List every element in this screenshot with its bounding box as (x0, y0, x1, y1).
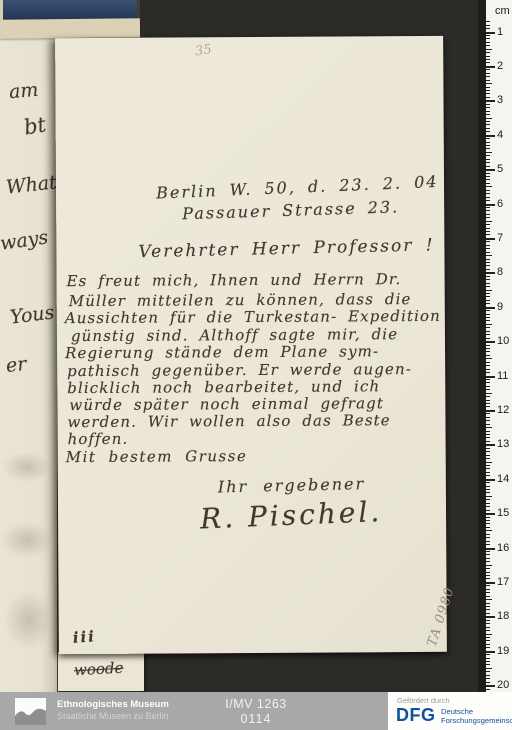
ruler-major-tick (486, 685, 495, 687)
ruler-minor-tick (486, 252, 490, 253)
ruler-minor-tick (486, 73, 490, 74)
ruler-minor-tick (486, 362, 490, 363)
ruler-minor-tick (486, 609, 490, 610)
ruler-minor-tick (486, 38, 490, 39)
ruler-minor-tick (486, 69, 490, 70)
ruler-minor-tick (486, 351, 490, 352)
ruler-major-tick (486, 582, 495, 584)
museum-logo-icon (15, 698, 46, 725)
ruler-minor-tick (486, 25, 490, 26)
ruler-minor-tick (486, 572, 490, 573)
ruler-minor-tick (486, 262, 490, 263)
letter-body-line: Regierung stände dem Plane sym- (65, 342, 379, 362)
ruler-minor-tick (486, 369, 490, 370)
ruler-major-tick (486, 548, 495, 550)
ruler-major-tick (486, 410, 495, 412)
ruler-number: 10 (497, 335, 509, 347)
ruler-number: 3 (497, 94, 503, 106)
ruler-minor-tick (486, 314, 490, 315)
ruler-minor-tick (486, 310, 490, 311)
ruler-minor-tick (486, 80, 490, 81)
ruler-minor-tick (486, 455, 490, 456)
ruler-minor-tick (486, 224, 490, 225)
ruler-minor-tick (486, 210, 490, 211)
ruler-minor-tick (486, 303, 490, 304)
ruler-minor-tick (486, 596, 490, 597)
ruler-minor-tick (486, 28, 490, 29)
ruler-minor-tick (486, 417, 490, 418)
ruler: cm 1234567891011121314151617181920 (486, 0, 512, 692)
ruler-minor-tick (486, 575, 490, 576)
ruler-minor-tick (486, 658, 490, 659)
letter-body-line: Aussichten für die Turkestan- Expedition (65, 307, 441, 327)
museum-logo (15, 698, 46, 725)
bleedthrough-marks (0, 522, 54, 558)
letter-closing: Mit bestem Grusse (66, 447, 248, 466)
ruler-minor-tick (486, 114, 490, 115)
ruler-minor-tick (486, 386, 490, 387)
ruler-minor-tick (486, 317, 490, 318)
ruler-minor-tick (486, 200, 490, 201)
ruler-minor-tick (486, 420, 490, 421)
ruler-major-tick (486, 616, 495, 618)
ruler-minor-tick (486, 338, 490, 339)
ruler-minor-tick (486, 682, 490, 683)
page-fragment-word: lways (0, 226, 49, 255)
ruler-minor-tick (486, 35, 490, 36)
ruler-minor-tick (486, 406, 490, 407)
ruler-minor-tick (486, 93, 490, 94)
ruler-minor-tick (486, 565, 492, 566)
ruler-minor-tick (486, 458, 490, 459)
ruler-minor-tick (486, 90, 490, 91)
ruler-minor-tick (486, 111, 490, 112)
ruler-minor-tick (486, 486, 490, 487)
ruler-minor-tick (486, 283, 490, 284)
ruler-minor-tick (486, 124, 490, 125)
dfg-name-line2: Forschungsgemeinschaft (441, 716, 512, 725)
ruler-minor-tick (486, 49, 492, 50)
ruler-number: 1 (497, 26, 503, 38)
ruler-minor-tick (486, 345, 490, 346)
ruler-minor-tick (486, 678, 490, 679)
ruler-minor-tick (486, 128, 490, 129)
signature: R. Pischel. (199, 495, 382, 535)
ruler-minor-tick (486, 45, 490, 46)
ruler-minor-tick (486, 496, 492, 497)
ruler-minor-tick (486, 530, 492, 531)
ruler-major-tick (486, 479, 495, 481)
page-fragment-word: am (8, 79, 39, 103)
ruler-minor-tick (486, 269, 490, 270)
ruler-minor-tick (486, 221, 492, 222)
ruler-minor-tick (486, 534, 490, 535)
ruler-minor-tick (486, 83, 492, 84)
margin-mark: iii (72, 627, 96, 647)
ruler-minor-tick (486, 118, 492, 119)
ruler-minor-tick (486, 589, 490, 590)
ruler-minor-tick (486, 259, 490, 260)
ruler-minor-tick (486, 647, 490, 648)
ruler-minor-tick (486, 42, 490, 43)
ruler-minor-tick (486, 217, 490, 218)
ruler-minor-tick (486, 482, 490, 483)
ruler-minor-tick (486, 527, 490, 528)
ruler-minor-tick (486, 448, 490, 449)
ruler-minor-tick (486, 365, 490, 366)
ruler-minor-tick (486, 389, 490, 390)
dfg-name-line1: Deutsche (441, 707, 473, 716)
ruler-minor-tick (486, 544, 490, 545)
ruler-minor-tick (486, 248, 490, 249)
ruler-minor-tick (486, 393, 492, 394)
ruler-minor-tick (486, 231, 490, 232)
ruler-minor-tick (486, 451, 490, 452)
ruler-number: 14 (497, 473, 509, 485)
ruler-minor-tick (486, 159, 490, 160)
ruler-minor-tick (486, 644, 490, 645)
previous-page-edge: am bt What lways Yous er (0, 22, 57, 692)
letter-body-line: hoffen. (68, 430, 129, 448)
ruler-minor-tick (486, 355, 490, 356)
ruler-minor-tick (486, 637, 490, 638)
ruler-minor-tick (486, 606, 490, 607)
letter-page: 35 Berlin W. 50, d. 23. 2. 04 Passauer S… (55, 36, 447, 654)
ruler-minor-tick (486, 193, 490, 194)
scan-page-number: 0114 (156, 712, 356, 726)
ruler-minor-tick (486, 664, 490, 665)
ruler-minor-tick (486, 76, 490, 77)
ruler-minor-tick (486, 640, 490, 641)
ruler-minor-tick (486, 52, 490, 53)
page-fragment-below: woode (58, 652, 144, 691)
shadow-band (478, 0, 486, 692)
ruler-minor-tick (486, 162, 490, 163)
ruler-minor-tick (486, 541, 490, 542)
page-fragment-word: What (5, 171, 58, 198)
ruler-minor-tick (486, 599, 492, 600)
ruler-minor-tick (486, 431, 490, 432)
ruler-minor-tick (486, 107, 490, 108)
museum-subtitle: Staatliche Museen zu Berlin (57, 711, 169, 721)
ruler-minor-tick (486, 241, 490, 242)
ruler-major-tick (486, 169, 495, 171)
ruler-minor-tick (486, 358, 492, 359)
ruler-minor-tick (486, 179, 490, 180)
ruler-number: 19 (497, 645, 509, 657)
ruler-number: 9 (497, 301, 503, 313)
ruler-minor-tick (486, 520, 490, 521)
ruler-minor-tick (486, 506, 490, 507)
funding-label: Gefördert durch (397, 696, 450, 705)
ruler-major-tick (486, 66, 495, 68)
ruler-minor-tick (486, 300, 490, 301)
ruler-minor-tick (486, 403, 490, 404)
ruler-minor-tick (486, 437, 490, 438)
ruler-minor-tick (486, 334, 490, 335)
ruler-minor-tick (486, 434, 490, 435)
letter-body-line: werden. Wir wollen also das Beste (67, 411, 390, 431)
ruler-minor-tick (486, 265, 490, 266)
ruler-minor-tick (486, 228, 490, 229)
ruler-minor-tick (486, 668, 492, 669)
ruler-number: 13 (497, 438, 509, 450)
ruler-minor-tick (486, 121, 490, 122)
ruler-major-tick (486, 272, 495, 274)
ruler-minor-tick (486, 627, 490, 628)
ruler-minor-tick (486, 489, 490, 490)
ruler-minor-tick (486, 276, 490, 277)
ruler-unit-label: cm (495, 5, 510, 17)
ruler-minor-tick (486, 255, 492, 256)
ruler-minor-tick (486, 475, 490, 476)
letter-body-line: Es freut mich, Ihnen und Herrn Dr. (67, 270, 402, 290)
ruler-minor-tick (486, 689, 490, 690)
ruler-number: 11 (497, 370, 508, 382)
ruler-major-tick (486, 444, 495, 446)
ruler-minor-tick (486, 324, 492, 325)
ruler-minor-tick (486, 327, 490, 328)
ruler-major-tick (486, 376, 495, 378)
ruler-number: 16 (497, 542, 509, 554)
ruler-minor-tick (486, 578, 490, 579)
ruler-minor-tick (486, 379, 490, 380)
ruler-minor-tick (486, 554, 490, 555)
museum-name: Ethnologisches Museum (57, 699, 169, 710)
ruler-minor-tick (486, 131, 490, 132)
ruler-major-tick (486, 513, 495, 515)
adhesive-tape (0, 18, 140, 38)
ruler-minor-tick (486, 190, 490, 191)
ruler-minor-tick (486, 293, 490, 294)
ruler-minor-tick (486, 613, 490, 614)
ruler-minor-tick (486, 56, 490, 57)
crossed-out-scribble: woode (74, 659, 124, 680)
ruler-major-tick (486, 307, 495, 309)
ruler-minor-tick (486, 441, 490, 442)
ruler-major-tick (486, 651, 495, 653)
footer-bar: Ethnologisches Museum Staatliche Museen … (0, 692, 512, 730)
pencil-folio-number: 35 (194, 42, 213, 59)
letter-valediction: Ihr ergebener (218, 474, 366, 496)
ruler-major-tick (486, 238, 495, 240)
ruler-minor-tick (486, 537, 490, 538)
ruler-minor-tick (486, 382, 490, 383)
ruler-minor-tick (486, 592, 490, 593)
ruler-minor-tick (486, 290, 492, 291)
bleedthrough-marks (4, 590, 54, 650)
ruler-minor-tick (486, 197, 490, 198)
ruler-minor-tick (486, 465, 490, 466)
letter-salutation: Verehrter Herr Professor ! (138, 235, 435, 262)
ruler-minor-tick (486, 155, 490, 156)
ruler-minor-tick (486, 234, 490, 235)
ruler-minor-tick (486, 138, 490, 139)
ruler-minor-tick (486, 400, 490, 401)
digitized-letter-photograph: am bt What lways Yous er woode 35 Berlin… (0, 0, 512, 730)
ruler-minor-tick (486, 468, 490, 469)
ruler-minor-tick (486, 176, 490, 177)
ruler-minor-tick (486, 568, 490, 569)
ruler-minor-tick (486, 462, 492, 463)
ruler-minor-tick (486, 499, 490, 500)
page-fragment-word: bt (22, 112, 48, 139)
ruler-minor-tick (486, 296, 490, 297)
ruler-minor-tick (486, 472, 490, 473)
ruler-minor-tick (486, 320, 490, 321)
ruler-minor-tick (486, 186, 492, 187)
ruler-minor-tick (486, 558, 490, 559)
ruler-minor-tick (486, 517, 490, 518)
ruler-major-tick (486, 135, 495, 137)
ruler-minor-tick (486, 214, 490, 215)
ruler-number: 2 (497, 60, 503, 72)
ruler-minor-tick (486, 675, 490, 676)
ruler-minor-tick (486, 427, 492, 428)
ruler-minor-tick (486, 59, 490, 60)
ruler-minor-tick (486, 413, 490, 414)
ruler-minor-tick (486, 286, 490, 287)
ruler-number: 12 (497, 404, 509, 416)
ruler-minor-tick (486, 671, 490, 672)
ruler-minor-tick (486, 492, 490, 493)
ruler-minor-tick (486, 173, 490, 174)
ruler-minor-tick (486, 634, 492, 635)
dfg-funding-box: Gefördert durch DFG Deutsche Forschungsg… (388, 692, 512, 730)
ruler-minor-tick (486, 104, 490, 105)
ruler-major-tick (486, 204, 495, 206)
ruler-minor-tick (486, 561, 490, 562)
page-fragment-word: Yous (9, 301, 56, 328)
ruler-number: 6 (497, 198, 503, 210)
ruler-minor-tick (486, 630, 490, 631)
ruler-minor-tick (486, 331, 490, 332)
ruler-major-tick (486, 32, 495, 34)
ruler-minor-tick (486, 62, 490, 63)
ruler-number: 8 (497, 266, 503, 278)
ruler-number: 4 (497, 129, 503, 141)
page-fragment-word: er (5, 353, 28, 377)
ruler-major-tick (486, 341, 495, 343)
ruler-number: 20 (497, 679, 509, 691)
bleedthrough-marks (2, 452, 52, 482)
ruler-minor-tick (486, 620, 490, 621)
ruler-number: 15 (497, 507, 509, 519)
ruler-minor-tick (486, 183, 490, 184)
ruler-minor-tick (486, 372, 490, 373)
ruler-minor-tick (486, 279, 490, 280)
ruler-minor-tick (486, 348, 490, 349)
ruler-number: 18 (497, 610, 509, 622)
ruler-minor-tick (486, 148, 490, 149)
ruler-minor-tick (486, 152, 492, 153)
ruler-minor-tick (486, 245, 490, 246)
dfg-logo: DFG (396, 705, 436, 726)
ruler-number: 17 (497, 576, 509, 588)
ruler-minor-tick (486, 142, 490, 143)
ruler-minor-tick (486, 654, 490, 655)
ruler-minor-tick (486, 207, 490, 208)
ruler-minor-tick (486, 424, 490, 425)
ruler-minor-tick (486, 166, 490, 167)
ruler-number: 5 (497, 163, 503, 175)
ruler-minor-tick (486, 523, 490, 524)
ruler-minor-tick (486, 510, 490, 511)
ruler-minor-tick (486, 97, 490, 98)
ruler-minor-tick (486, 396, 490, 397)
ruler-minor-tick (486, 503, 490, 504)
ruler-minor-tick (486, 623, 490, 624)
ruler-minor-tick (486, 603, 490, 604)
letter-address-line: Passauer Strasse 23. (182, 197, 400, 223)
ruler-minor-tick (486, 21, 490, 22)
object-id: I/MV 1263 (156, 697, 356, 711)
ruler-major-tick (486, 100, 495, 102)
ruler-minor-tick (486, 585, 490, 586)
ruler-minor-tick (486, 145, 490, 146)
ruler-minor-tick (486, 87, 490, 88)
ruler-minor-tick (486, 661, 490, 662)
ruler-number: 7 (497, 232, 503, 244)
ruler-minor-tick (486, 551, 490, 552)
